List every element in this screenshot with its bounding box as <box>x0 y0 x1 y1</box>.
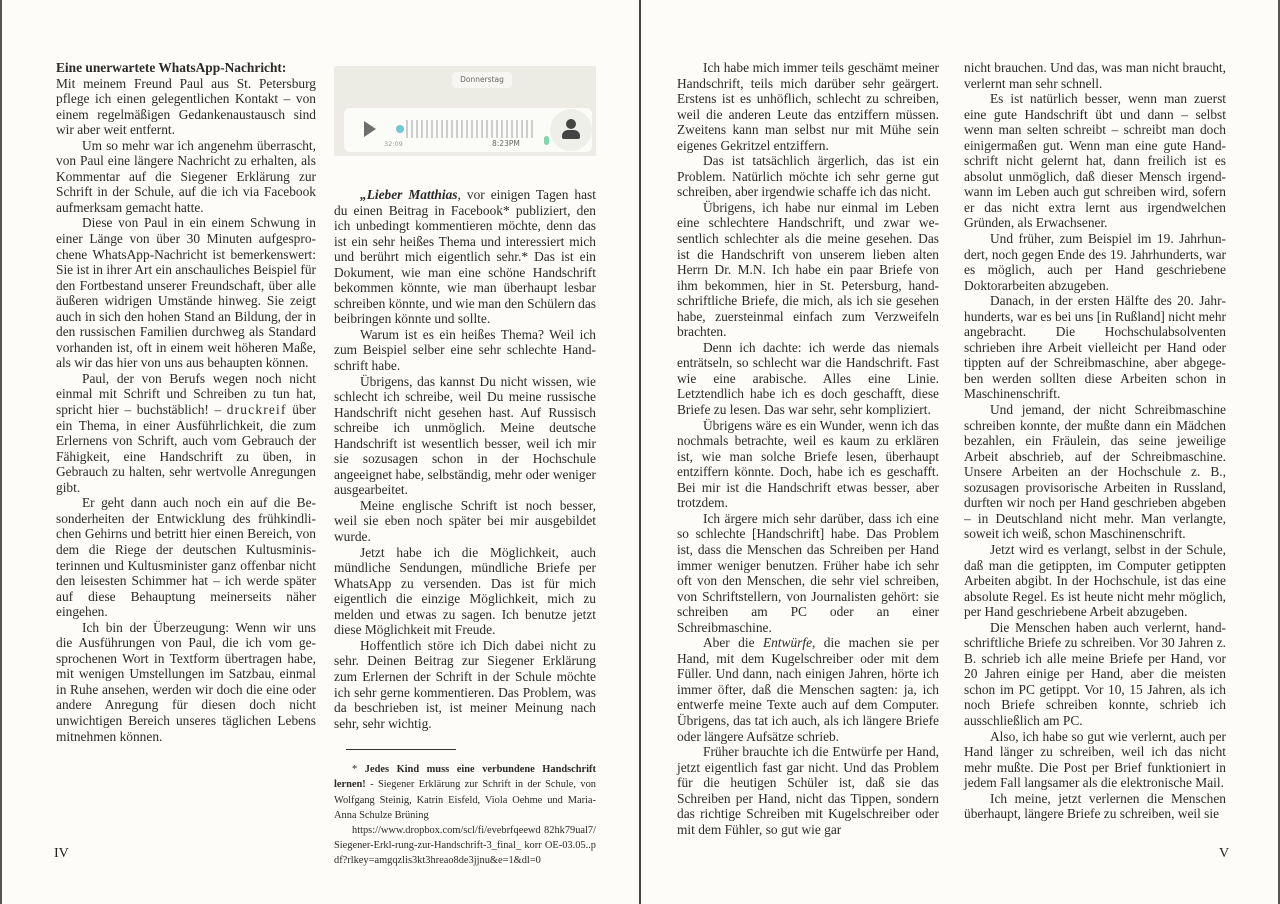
paragraph: Jetzt wird es verlangt, selbst in der Sc… <box>964 542 1226 620</box>
left-page-column-2: „Lieber Matthias, vor einigen Tagen hast… <box>334 187 596 869</box>
italic-emphasis: Entwürfe <box>763 635 812 650</box>
voice-duration: 32:09 <box>384 140 403 148</box>
paragraph: Ich ärgere mich sehr darüber, dass ich e… <box>677 511 939 635</box>
paragraph: Übrigens wäre es ein Wunder, wenn ich da… <box>677 418 939 511</box>
footnote-marker: * <box>352 764 357 775</box>
continuation-paragraph: nicht brauchen. Und das, was man nicht b… <box>964 60 1226 91</box>
paragraph: Denn ich dachte: ich werde das niemals e… <box>677 340 939 418</box>
whatsapp-voice-message-image: Donnerstag 32:09 8:23PM <box>334 66 596 156</box>
message-timestamp: 8:23PM <box>492 139 520 148</box>
intro-text: Mit meinem Freund Paul aus St. Petersbur… <box>56 76 316 138</box>
left-page-column-1: Eine unerwartete WhatsApp-Nachricht:Mit … <box>56 60 316 744</box>
paragraph: Es ist natürlich besser, wenn man zuerst… <box>964 91 1226 231</box>
page-right: Ich habe mich immer teils geschämt mei­n… <box>641 0 1278 904</box>
paragraph: Meine englische Schrift ist noch besser,… <box>334 498 596 545</box>
paragraph: Paul, der von Berufs wegen noch nicht ei… <box>56 371 316 495</box>
paragraph: Und jemand, der nicht Schreibmaschine sc… <box>964 402 1226 542</box>
spaced-emphasis: druckreif <box>227 402 287 417</box>
paragraph: Das ist tatsächlich ärgerlich, das ist e… <box>677 153 939 200</box>
waveform-icon <box>406 120 536 138</box>
salutation: „Lieber Matthias <box>360 187 458 202</box>
avatar-icon <box>550 109 592 151</box>
footnote-url[interactable]: https://www.dropbox.com/scl/fi/evebrfqee… <box>334 823 596 869</box>
text: Aber die <box>703 635 763 650</box>
paragraph: Ich meine, jetzt verlernen die Menschen … <box>964 791 1226 822</box>
paragraph: Er geht dann auch noch ein auf die Be­so… <box>56 495 316 619</box>
page-number-left: IV <box>54 846 69 862</box>
page-number-right: V <box>1219 846 1229 862</box>
paragraph: Um so mehr war ich angenehm über­rascht,… <box>56 138 316 216</box>
letter-opening-paragraph: „Lieber Matthias, vor einigen Tagen hast… <box>334 187 596 327</box>
date-chip: Donnerstag <box>452 72 512 88</box>
paragraph: Danach, in der ersten Hälfte des 20. Jah… <box>964 293 1226 402</box>
play-icon <box>364 121 376 137</box>
microphone-icon <box>544 136 549 145</box>
paragraph: Diese von Paul in ein einem Schwung in e… <box>56 215 316 370</box>
paragraph: Warum ist es ein heißes Thema? Weil ich … <box>334 327 596 374</box>
paragraph: Also, ich habe so gut wie verlernt, auch… <box>964 729 1226 791</box>
right-page-column-1: Ich habe mich immer teils geschämt mei­n… <box>677 60 939 837</box>
paragraph: Hoffentlich störe ich Dich dabei nicht z… <box>334 638 596 731</box>
footnote-rule <box>346 749 456 750</box>
paragraph: Ich bin der Überzeugung: Wenn wir uns di… <box>56 620 316 744</box>
text: , die machen sie per Hand, mit dem Kugel… <box>677 635 939 743</box>
footnote: * Jedes Kind muss eine verbundene Handsc… <box>334 762 596 868</box>
right-page-column-2: nicht brauchen. Und das, was man nicht b… <box>964 60 1226 822</box>
paragraph: Jetzt habe ich die Möglichkeit, auch mün… <box>334 545 596 638</box>
footnote-text: - Siegener Erklärung zur Schrift in der … <box>334 779 596 820</box>
paragraph: Die Menschen haben auch verlernt, hand­s… <box>964 620 1226 729</box>
page-left: Eine unerwartete WhatsApp-Nachricht:Mit … <box>2 0 639 904</box>
voice-message-bubble: 32:09 8:23PM <box>344 108 592 152</box>
paragraph: Übrigens, das kannst Du nicht wissen, wi… <box>334 374 596 498</box>
intro-paragraph: Eine unerwartete WhatsApp-Nachricht:Mit … <box>56 60 316 138</box>
paragraph: Ich habe mich immer teils geschämt mei­n… <box>677 60 939 153</box>
paragraph: Aber die Entwürfe, die machen sie per Ha… <box>677 635 939 744</box>
paragraph: Übrigens, ich habe nur einmal im Leben e… <box>677 200 939 340</box>
section-heading: Eine unerwartete WhatsApp-Nachricht: <box>56 60 316 76</box>
text: , vor einigen Tagen hast du einen Beitra… <box>334 187 596 326</box>
paragraph: Früher brauchte ich die Entwürfe per Han… <box>677 744 939 837</box>
paragraph: Und früher, zum Beispiel im 19. Jahrhun­… <box>964 231 1226 293</box>
footnote-citation: * Jedes Kind muss eine verbundene Handsc… <box>334 762 596 823</box>
playhead-dot-icon <box>396 125 404 133</box>
